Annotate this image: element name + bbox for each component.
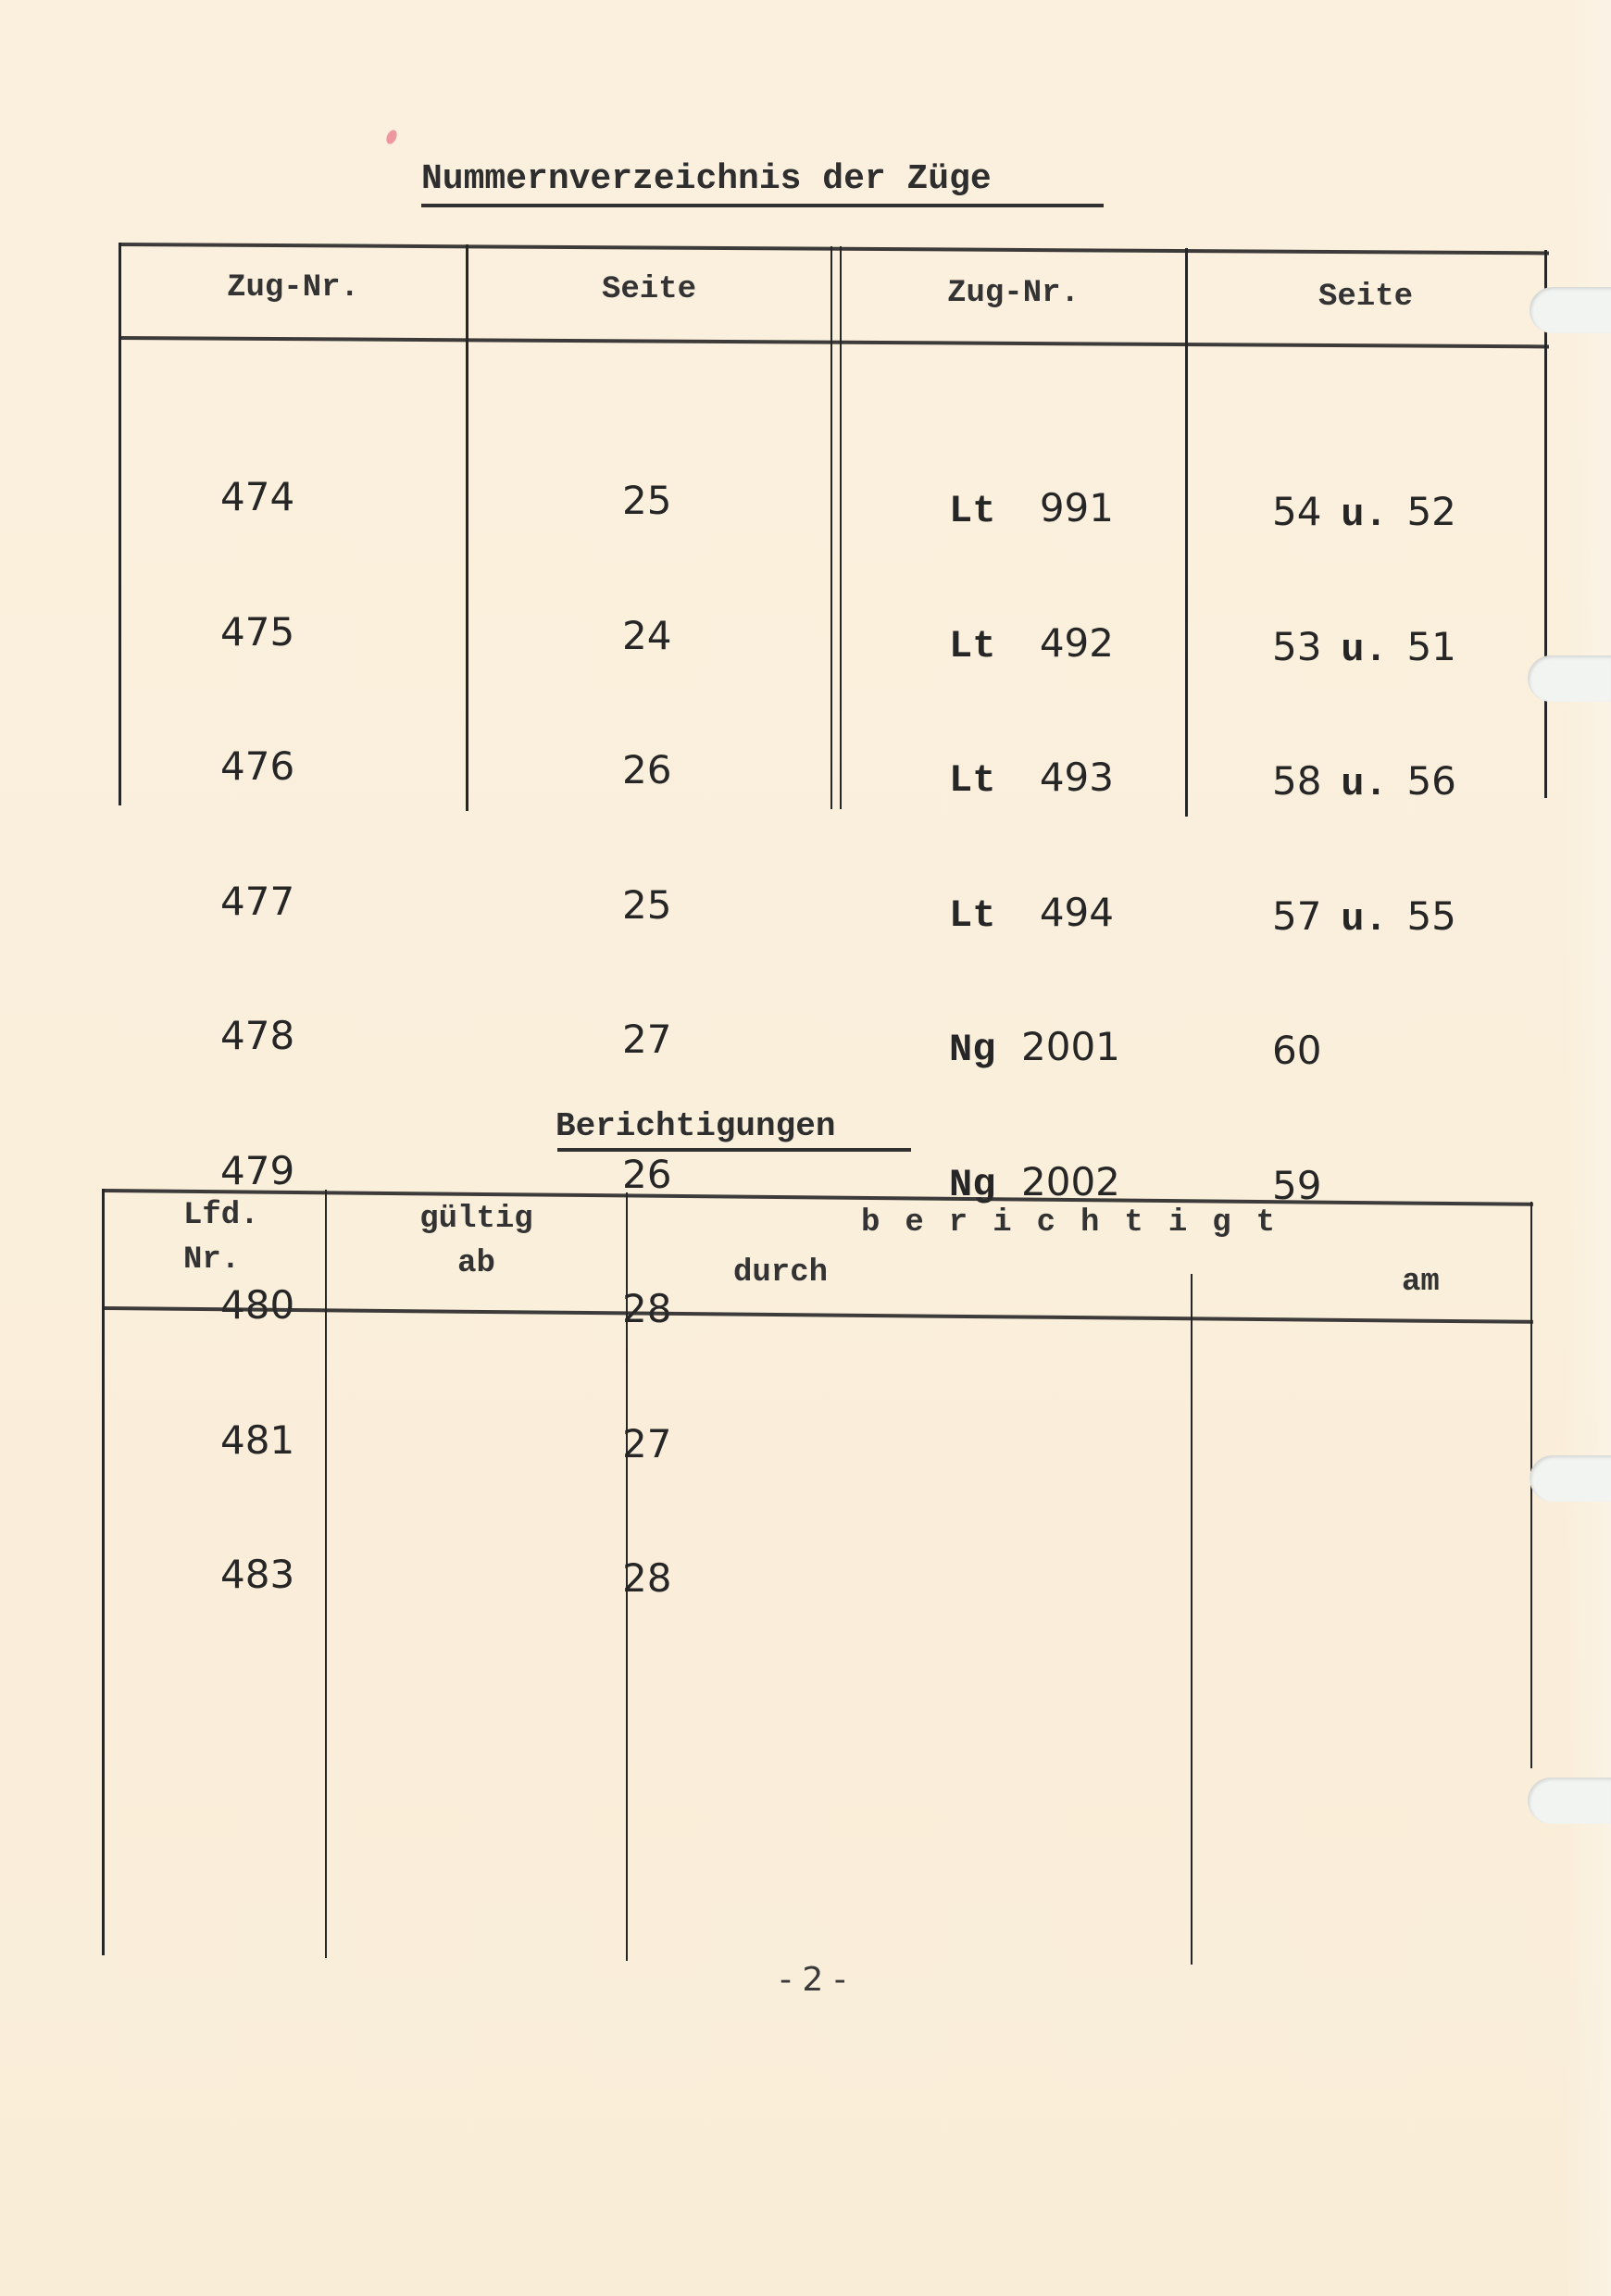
header-valid-line1: gültig	[327, 1202, 626, 1237]
left-header-page: Seite	[468, 272, 830, 307]
table-row: Lt991	[949, 486, 1114, 531]
corrections-title-underline	[557, 1148, 911, 1152]
header-corrected: berichtigt	[861, 1205, 1300, 1241]
right-train-no-column: Lt991 Lt492 Lt493 Lt494 Ng2001 Ng2002	[949, 396, 1114, 1294]
table-row: 25	[622, 883, 671, 929]
table-row: 477	[220, 880, 294, 925]
header-by: durch	[733, 1255, 828, 1291]
table-row: Lt494	[949, 891, 1114, 936]
table-row: Ng2001	[949, 1025, 1114, 1070]
table-row: 24	[622, 614, 671, 659]
punch-hole-4	[1528, 1778, 1611, 1824]
header-on: am	[1402, 1265, 1440, 1300]
corrections-title: Berichtigungen	[556, 1107, 835, 1145]
table-row: 28	[622, 1556, 671, 1602]
table-row: 476	[220, 744, 294, 790]
table-double-divider-b	[840, 246, 842, 809]
table-row: 474	[220, 475, 294, 520]
corrections-header-bottom-border	[102, 1306, 1533, 1324]
table-row: 481	[220, 1418, 294, 1464]
corrections-col-divider-1	[325, 1190, 327, 1958]
table-row: 483	[220, 1553, 294, 1598]
train-index-title-underline	[421, 204, 1104, 207]
right-header-page: Seite	[1187, 280, 1544, 315]
left-page-column: 25 24 26 25 27 26 28 27 28	[622, 389, 671, 1691]
corrections-col-divider-3	[1191, 1274, 1193, 1965]
header-valid-line2: ab	[327, 1246, 626, 1281]
table-row: 27	[622, 1017, 671, 1063]
header-seq-line2: Nr.	[183, 1242, 240, 1278]
table-row: 27	[622, 1422, 671, 1467]
punch-hole-1	[1530, 287, 1611, 333]
corrections-col-divider-2	[626, 1192, 628, 1961]
left-header-train-no: Zug-Nr.	[120, 270, 466, 306]
table-top-border	[119, 243, 1549, 255]
table-row: Lt493	[949, 755, 1114, 801]
right-header-train-no: Zug-Nr.	[842, 276, 1185, 311]
table-row: 54u.52	[1272, 490, 1456, 535]
table-row: 25	[622, 479, 671, 524]
table-row: 26	[622, 1153, 671, 1198]
table-row: 57u.55	[1272, 894, 1456, 940]
punch-hole-2	[1528, 655, 1611, 702]
table-header-bottom-border	[119, 336, 1549, 348]
table-row: 479	[220, 1149, 294, 1194]
punch-hole-3	[1530, 1455, 1611, 1502]
corrections-left-border	[102, 1189, 105, 1955]
header-seq-line1: Lfd.	[183, 1198, 259, 1233]
page-number: - 2 -	[780, 1961, 846, 1999]
table-row: Lt492	[949, 621, 1114, 667]
table-row: 60	[1272, 1029, 1456, 1074]
table-row: 475	[220, 610, 294, 655]
table-row: 58u.56	[1272, 759, 1456, 805]
table-row: 28	[622, 1287, 671, 1332]
table-double-divider-a	[830, 246, 832, 809]
table-row: 480	[220, 1283, 294, 1329]
train-index-title: Nummernverzeichnis der Züge	[421, 159, 992, 199]
table-col-divider-3	[1185, 248, 1188, 817]
table-col-divider-1	[466, 244, 468, 811]
table-row: 478	[220, 1014, 294, 1059]
ink-speck	[384, 129, 399, 146]
right-page-column: 54u.52 53u.51 58u.56 57u.55 60 59	[1272, 400, 1456, 1298]
table-left-border	[119, 243, 121, 805]
table-row: 26	[622, 748, 671, 793]
table-row: 53u.51	[1272, 625, 1456, 670]
left-train-no-column: 474 475 476 477 478 479 480 481 483	[220, 385, 294, 1688]
